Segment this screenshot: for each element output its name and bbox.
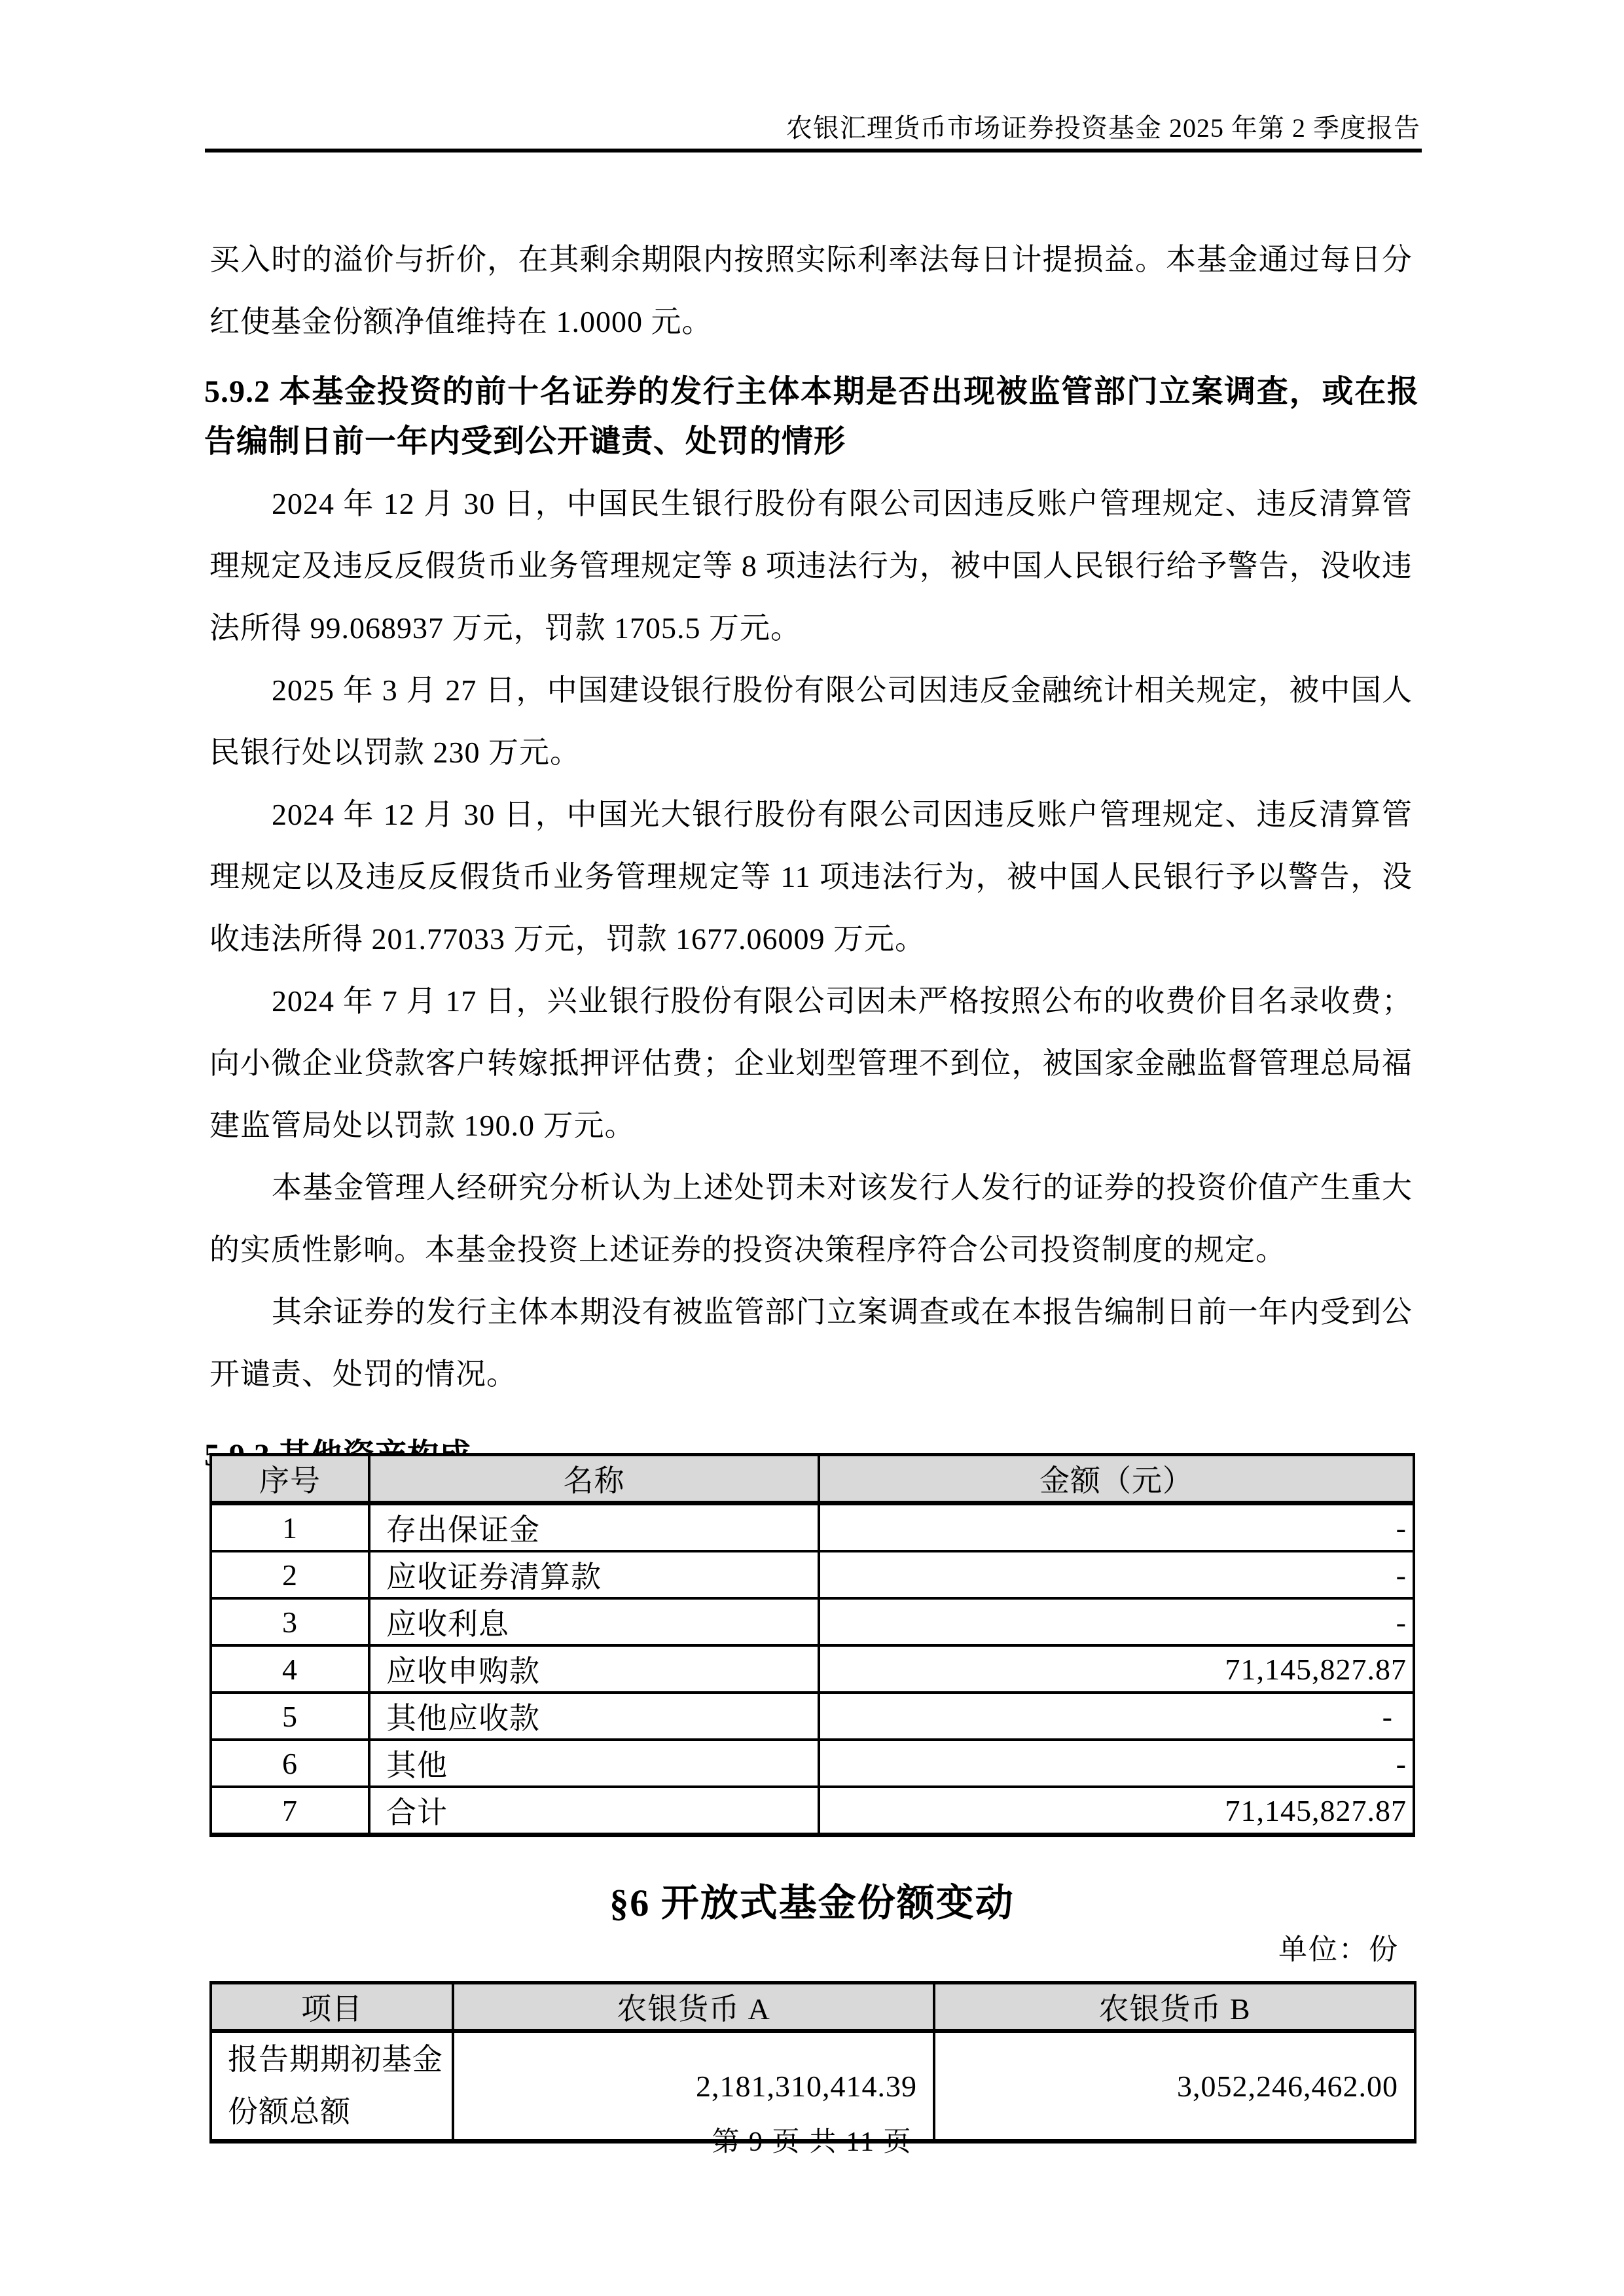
column-header-index: 序号 bbox=[211, 1455, 369, 1503]
table-row: 6 其他 - bbox=[211, 1740, 1414, 1787]
cell-name: 合计 bbox=[369, 1787, 819, 1835]
report-page: 农银汇理货币市场证券投资基金 2025 年第 2 季度报告 买入时的溢价与折价，… bbox=[0, 0, 1624, 2296]
cell-name: 应收证券清算款 bbox=[369, 1551, 819, 1598]
section-5-9-2-title: 5.9.2 本基金投资的前十名证券的发行主体本期是否出现被监管部门立案调查，或在… bbox=[204, 367, 1419, 467]
paragraph-ccb-bank: 2025 年 3 月 27 日，中国建设银行股份有限公司因违反金融统计相关规定，… bbox=[209, 659, 1413, 783]
cell-amount: - bbox=[819, 1693, 1414, 1740]
paragraph-manager-analysis: 本基金管理人经研究分析认为上述处罚未对该发行人发行的证券的投资价值产生重大的实质… bbox=[209, 1157, 1413, 1281]
table-row: 3 应收利息 - bbox=[211, 1598, 1414, 1645]
table-row-total: 7 合计 71,145,827.87 bbox=[211, 1787, 1414, 1835]
cell-name: 其他 bbox=[369, 1740, 819, 1787]
cell-amount: - bbox=[819, 1740, 1414, 1787]
fund-share-change-table: 项目 农银货币 A 农银货币 B 报告期期初基金份额总额 2,181,310,4… bbox=[209, 1981, 1416, 2144]
paragraph-carryover: 买入时的溢价与折价，在其剩余期限内按照实际利率法每日计提损益。本基金通过每日分红… bbox=[209, 228, 1413, 353]
column-header-item: 项目 bbox=[211, 1983, 453, 2032]
cell-index: 1 bbox=[211, 1503, 369, 1552]
table-header-row: 序号 名称 金额（元） bbox=[211, 1455, 1414, 1503]
cell-name: 其他应收款 bbox=[369, 1693, 819, 1740]
table-row: 5 其他应收款 - bbox=[211, 1693, 1414, 1740]
cell-name: 应收利息 bbox=[369, 1598, 819, 1645]
cell-name: 应收申购款 bbox=[369, 1645, 819, 1693]
paragraph-cib-bank: 2024 年 7 月 17 日，兴业银行股份有限公司因未严格按照公布的收费价目名… bbox=[209, 970, 1413, 1157]
section-6-title: §6 开放式基金份额变动 bbox=[0, 1875, 1624, 1931]
table-row: 1 存出保证金 - bbox=[211, 1503, 1414, 1552]
paragraph-other-issuers: 其余证券的发行主体本期没有被监管部门立案调查或在本报告编制日前一年内受到公开谴责… bbox=[209, 1281, 1413, 1405]
page-header-title: 农银汇理货币市场证券投资基金 2025 年第 2 季度报告 bbox=[203, 111, 1420, 145]
cell-index: 5 bbox=[211, 1693, 369, 1740]
cell-amount: 71,145,827.87 bbox=[819, 1787, 1414, 1835]
cell-index: 2 bbox=[211, 1551, 369, 1598]
column-header-class-b: 农银货币 B bbox=[934, 1983, 1415, 2032]
column-header-amount: 金额（元） bbox=[819, 1455, 1414, 1503]
unit-label: 单位：份 bbox=[209, 1927, 1399, 1973]
cell-amount: 71,145,827.87 bbox=[819, 1645, 1414, 1693]
cell-amount: - bbox=[819, 1551, 1414, 1598]
table-row: 2 应收证券清算款 - bbox=[211, 1551, 1414, 1598]
cell-index: 7 bbox=[211, 1787, 369, 1835]
table-header-row: 项目 农银货币 A 农银货币 B bbox=[211, 1983, 1415, 2032]
cell-index: 6 bbox=[211, 1740, 369, 1787]
page-footer: 第 9 页 共 11 页 bbox=[0, 2121, 1624, 2164]
cell-amount: - bbox=[819, 1598, 1414, 1645]
column-header-class-a: 农银货币 A bbox=[453, 1983, 934, 2032]
paragraph-minsheng-bank: 2024 年 12 月 30 日，中国民生银行股份有限公司因违反账户管理规定、违… bbox=[209, 473, 1413, 659]
other-assets-table: 序号 名称 金额（元） 1 存出保证金 - 2 应收证券清算款 - 3 应收利息… bbox=[209, 1453, 1415, 1837]
cell-index: 3 bbox=[211, 1598, 369, 1645]
cell-name: 存出保证金 bbox=[369, 1503, 819, 1552]
header-rule bbox=[205, 149, 1422, 152]
table-row: 4 应收申购款 71,145,827.87 bbox=[211, 1645, 1414, 1693]
cell-index: 4 bbox=[211, 1645, 369, 1693]
column-header-name: 名称 bbox=[369, 1455, 819, 1503]
cell-amount: - bbox=[819, 1503, 1414, 1552]
paragraph-everbright-bank: 2024 年 12 月 30 日，中国光大银行股份有限公司因违反账户管理规定、违… bbox=[209, 783, 1413, 970]
